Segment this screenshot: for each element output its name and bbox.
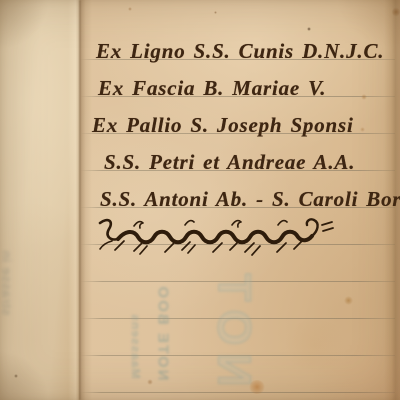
ruled-line — [80, 392, 395, 393]
manuscript-line-1: Ex Ligno S.S. Cunis D.N.J.C. — [96, 38, 384, 64]
manuscript-line-2: Ex Fascia B. Mariae V. — [98, 75, 326, 101]
ruled-line — [80, 355, 395, 356]
left-edge-bleed-through-text: strasse in — [0, 165, 22, 400]
manuscript-line-5: S.S. Antoni Ab. - S. Caroli Borr — [100, 186, 400, 212]
bleed-text: strasse in — [0, 250, 15, 316]
ruled-line — [80, 318, 395, 319]
ruled-line — [80, 281, 395, 282]
page-fold-line — [79, 0, 81, 400]
manuscript-photograph: strasse in Maassens NOTE BOO NOT Ex Lign… — [0, 0, 400, 400]
manuscript-line-4: S.S. Petri et Andreae A.A. — [104, 149, 355, 175]
ink-flourish-vine-icon — [90, 217, 342, 257]
manuscript-line-3: Ex Pallio S. Joseph Sponsi — [92, 112, 354, 138]
